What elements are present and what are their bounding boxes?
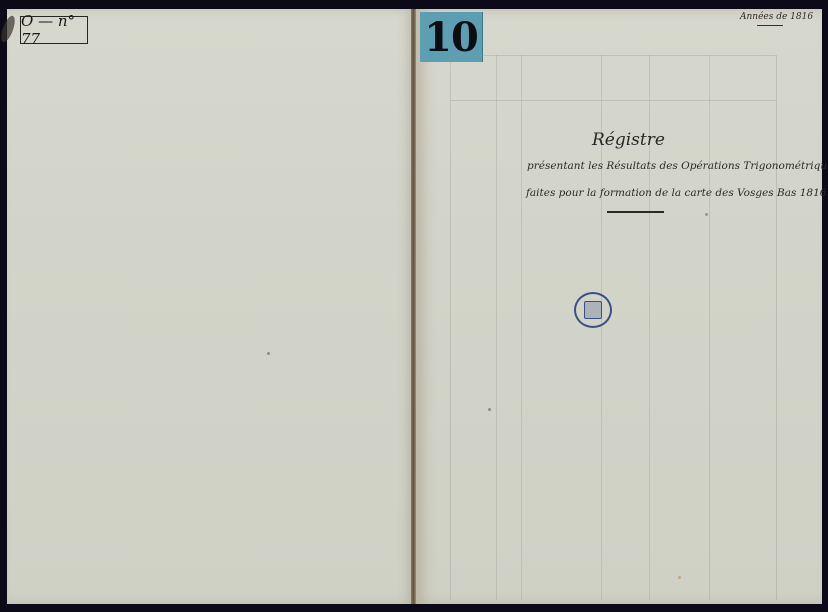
library-seal-stamp-icon: [574, 292, 612, 328]
left-page: [7, 9, 413, 604]
register-title: Régistre: [592, 130, 665, 150]
register-subtitle-line1: présentant les Résultats des Opérations …: [527, 160, 828, 172]
register-subtitle-line2: faites pour la formation de la carte des…: [526, 187, 828, 199]
book-spine: [411, 9, 416, 604]
paper-spot: [488, 408, 491, 411]
paper-spot: [678, 576, 681, 579]
shelfmark-label: O — n° 77: [20, 16, 88, 44]
paper-spot: [705, 213, 708, 216]
corner-note: Années de 1816: [740, 12, 813, 22]
title-underline: [607, 211, 664, 213]
paper-spot: [267, 352, 270, 355]
corner-underline: [757, 25, 783, 26]
